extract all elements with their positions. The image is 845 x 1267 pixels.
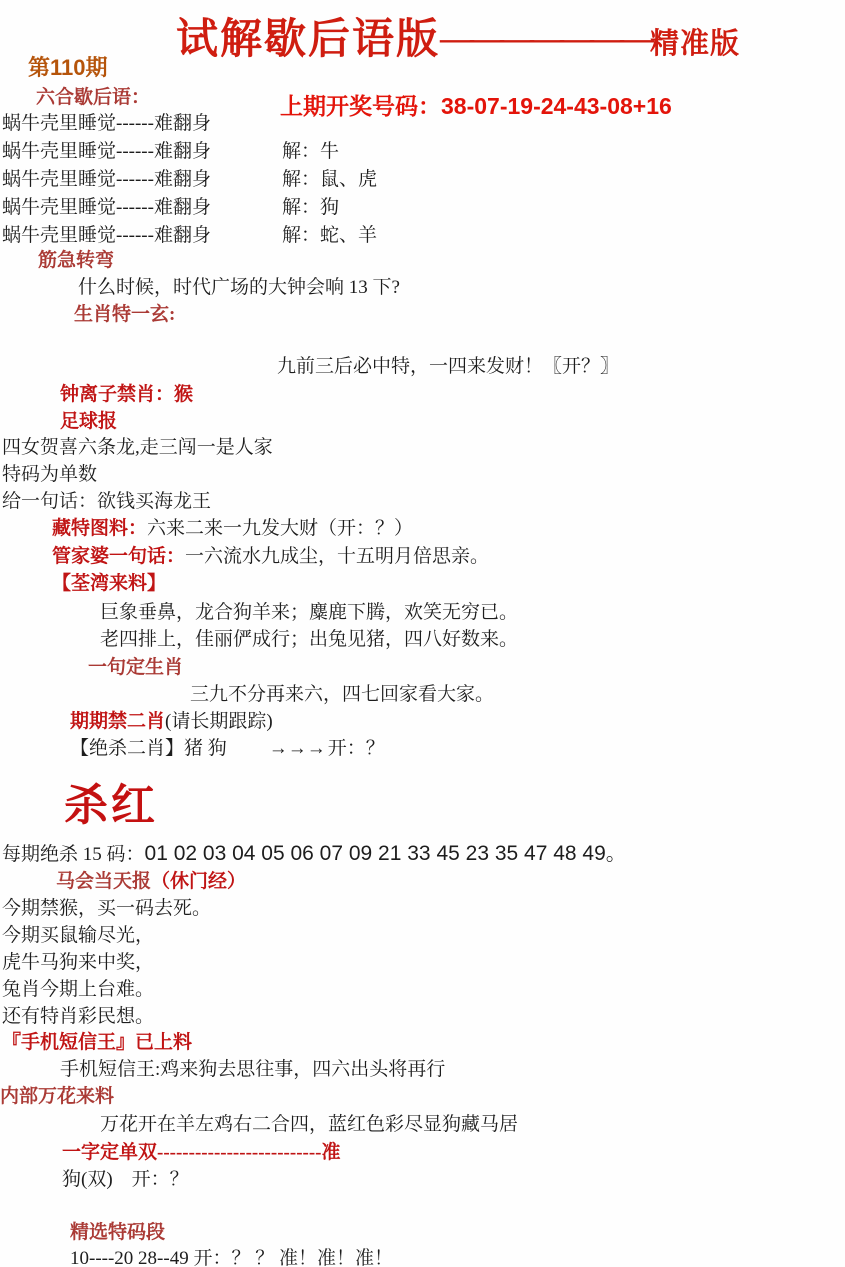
kill-codes-values: 01 02 03 04 05 06 07 09 21 33 45 23 35 4…	[145, 842, 627, 865]
riddle-answer: 解：鼠、虎	[282, 168, 377, 192]
guanjiapo-line: 管家婆一句话：一六流水九成尘，十五明月倍思亲。	[52, 545, 489, 569]
riddle-phrase: 蜗牛壳里睡觉------难翻身	[2, 112, 211, 136]
zodiac-special-label: 生肖特一玄:	[74, 303, 175, 327]
issue-number: 第110期	[28, 54, 108, 82]
riddle-section-label: 六合歇后语：	[36, 86, 150, 110]
cangte-text: 六来二来一九发大财（开：？）	[147, 518, 413, 539]
tema-range-text: 10----20 28--49 开：？ ？ 准！准！准！	[70, 1247, 393, 1267]
mahui-label-line: 马会当天报（休门经）	[56, 870, 246, 894]
arrows-glyph: →→→	[269, 738, 326, 759]
ban-two-zodiac-line: 期期禁二肖(请长期跟踪)	[70, 710, 273, 734]
mahui-note: （休门经）	[151, 871, 246, 892]
kill-codes-label: 每期绝杀 15 码：	[2, 844, 145, 865]
single-double-answer: 狗(双) 开：？	[62, 1168, 189, 1192]
last-draw-label: 上期开奖号码：	[280, 93, 441, 119]
last-draw-value: 38-07-19-24-43-08+16	[441, 93, 672, 119]
riddle-answer: 解：狗	[282, 196, 339, 220]
sms-king-label: 『手机短信王』已上料	[2, 1031, 192, 1055]
kill-codes-line: 每期绝杀 15 码：01 02 03 04 05 06 07 09 21 33 …	[2, 841, 627, 867]
riddle-phrase: 蜗牛壳里睡觉------难翻身	[2, 196, 211, 220]
cangte-label: 藏特图料：	[52, 518, 147, 539]
ban-two-zodiac-label: 期期禁二肖	[70, 711, 165, 732]
one-sentence-text: 三九不分再来六，四七回家看大家。	[190, 683, 494, 707]
mahui-line: 今期禁猴，买一码去死。	[2, 897, 211, 921]
page-title: 试解歇后语版———————精准版	[176, 14, 740, 67]
kill-two-zodiac-label: 【绝杀二肖】猪 狗	[70, 738, 227, 759]
page-title-main: 试解歇后语版	[176, 17, 440, 63]
page-title-dashes: ———————	[440, 20, 650, 57]
cangte-line: 藏特图料：六来二来一九发大财（开：？）	[52, 517, 413, 541]
riddle-answer: 解：蛇、羊	[282, 224, 377, 248]
football-report-label: 足球报	[60, 410, 117, 434]
ban-two-zodiac-note: (请长期跟踪)	[165, 711, 273, 732]
brain-teaser-question: 什么时候，时代广场的大钟会响 13 下?	[78, 276, 400, 300]
riddle-phrase: 蜗牛壳里睡觉------难翻身	[2, 224, 211, 248]
sha-hong-heading: 杀红	[64, 778, 158, 833]
mahui-label: 马会当天报	[56, 871, 151, 892]
last-draw-numbers: 上期开奖号码：38-07-19-24-43-08+16	[280, 92, 672, 121]
page-title-suffix: 精准版	[650, 28, 740, 60]
guanjiapo-text: 一六流水九成尘，十五明月倍思亲。	[185, 546, 489, 567]
zodiac-special-verse: 九前三后必中特，一四来发财！〖开？〗	[277, 355, 619, 379]
sms-king-text: 手机短信王:鸡来狗去思往事，四六出头将再行	[60, 1058, 445, 1082]
single-double-label: 一字定单双--------------------------准	[62, 1141, 341, 1165]
brain-teaser-label: 筋急转弯	[38, 249, 114, 273]
mahui-line: 还有特肖彩民想。	[2, 1005, 154, 1029]
wanhua-label: 内部万花来料	[0, 1085, 114, 1109]
riddle-phrase: 蜗牛壳里睡觉------难翻身	[2, 168, 211, 192]
mahui-line: 兔肖今期上台难。	[2, 978, 154, 1002]
mahui-line: 虎牛马狗来中奖，	[2, 951, 154, 975]
football-line: 给一句话：欲钱买海龙王	[2, 490, 211, 514]
kill-two-zodiac-result: 开：？	[328, 738, 385, 759]
football-line: 特码为单数	[2, 463, 97, 487]
quanwan-line: 巨象垂鼻，龙合狗羊来；麋鹿下腾，欢笑无穷已。	[100, 601, 518, 625]
riddle-answer: 解：牛	[282, 140, 339, 164]
quanwan-line: 老四排上，佳丽俨成行；出兔见猪，四八好数来。	[100, 628, 518, 652]
riddle-phrase: 蜗牛壳里睡觉------难翻身	[2, 140, 211, 164]
football-line: 四女贺喜六条龙,走三闯一是人家	[2, 436, 273, 460]
one-sentence-label: 一句定生肖	[88, 656, 183, 680]
wanhua-text: 万花开在羊左鸡右二合四，蓝红色彩尽显狗藏马居	[100, 1113, 518, 1137]
guanjiapo-label: 管家婆一句话：	[52, 546, 185, 567]
lottery-tip-sheet: 试解歇后语版———————精准版 第110期 六合歇后语： 上期开奖号码：38-…	[0, 0, 845, 1267]
quanwan-label: 【荃湾来料】	[52, 572, 166, 596]
zhongli-ban-line: 钟离子禁肖：猴	[60, 383, 193, 407]
kill-two-zodiac-line: 【绝杀二肖】猪 狗→→→开：？	[70, 737, 385, 761]
mahui-line: 今期买鼠输尽光，	[2, 924, 154, 948]
tema-range-label: 精选特码段	[70, 1221, 165, 1245]
